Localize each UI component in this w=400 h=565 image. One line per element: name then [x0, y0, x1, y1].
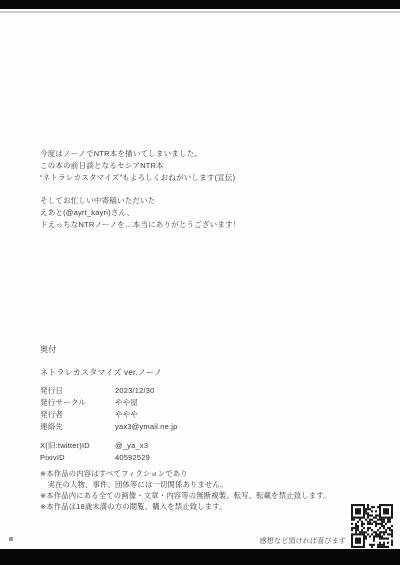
- field-value-publisher: ややや: [115, 409, 138, 421]
- colophon-page: 今度はノーノでNTR本を描いてしまいました。 この本の前日談となるセシアNTR本…: [0, 0, 400, 565]
- field-value-twitter-id: @_ya_x3: [115, 440, 148, 452]
- afterword-line: ドえっちなNTRノーノを…本当にありがとうございます！: [40, 219, 240, 231]
- field-value-circle: やや屋: [115, 397, 138, 409]
- afterword-line: “ネトラレカスタマイズ”もよろしくおねがいします(宣伝): [40, 172, 235, 184]
- top-hairline-divider: [0, 11, 400, 13]
- field-label-publisher: 発行者: [40, 409, 63, 421]
- field-value-publish-date: 2023/12/30: [115, 385, 155, 397]
- field-label-publish-date: 発行日: [40, 385, 63, 397]
- feedback-note: 感想など頂ければ喜びます: [230, 536, 346, 548]
- field-label-contact: 連絡先: [40, 421, 63, 433]
- field-label-pixiv-id: PixivID: [40, 452, 65, 464]
- top-letterbox-bar: [0, 0, 400, 9]
- book-title: ネトラレカスタマイズ ver.ノーノ: [40, 367, 162, 379]
- field-label-twitter-id: X(旧:twitter)ID: [40, 440, 90, 452]
- afterword-line: えあと(@ayrt_kayri)さん、: [40, 207, 134, 219]
- field-value-pixiv-id: 40592529: [115, 452, 150, 464]
- colophon-heading: 奥付: [40, 344, 56, 356]
- field-value-contact-email: yax3@ymail.ne.jp: [115, 421, 178, 433]
- afterword-line: そしてお忙しい中寄稿いただいた: [40, 195, 156, 207]
- legal-note-line: ※本作品内にある全ての画像・文章・内容等の無断複製、転写、転載を禁止致します。: [40, 490, 331, 501]
- bottom-letterbox-bar: [0, 549, 400, 565]
- afterword-line: 今度はノーノでNTR本を描いてしまいました。: [40, 148, 202, 160]
- page-number-marker: [9, 537, 13, 541]
- legal-note-line: 実在の人物、事件、団体等には一切関係ありません。: [40, 479, 228, 490]
- legal-note-line: ※本作品の内容はすべてフィクションであり: [40, 468, 188, 479]
- field-label-circle: 発行サークル: [40, 397, 86, 409]
- afterword-line: この本の前日談となるセシアNTR本: [40, 160, 164, 172]
- qr-code: [351, 504, 393, 548]
- legal-note-line: ※本作品は18歳未満の方の閲覧、購入を禁止致します。: [40, 501, 227, 512]
